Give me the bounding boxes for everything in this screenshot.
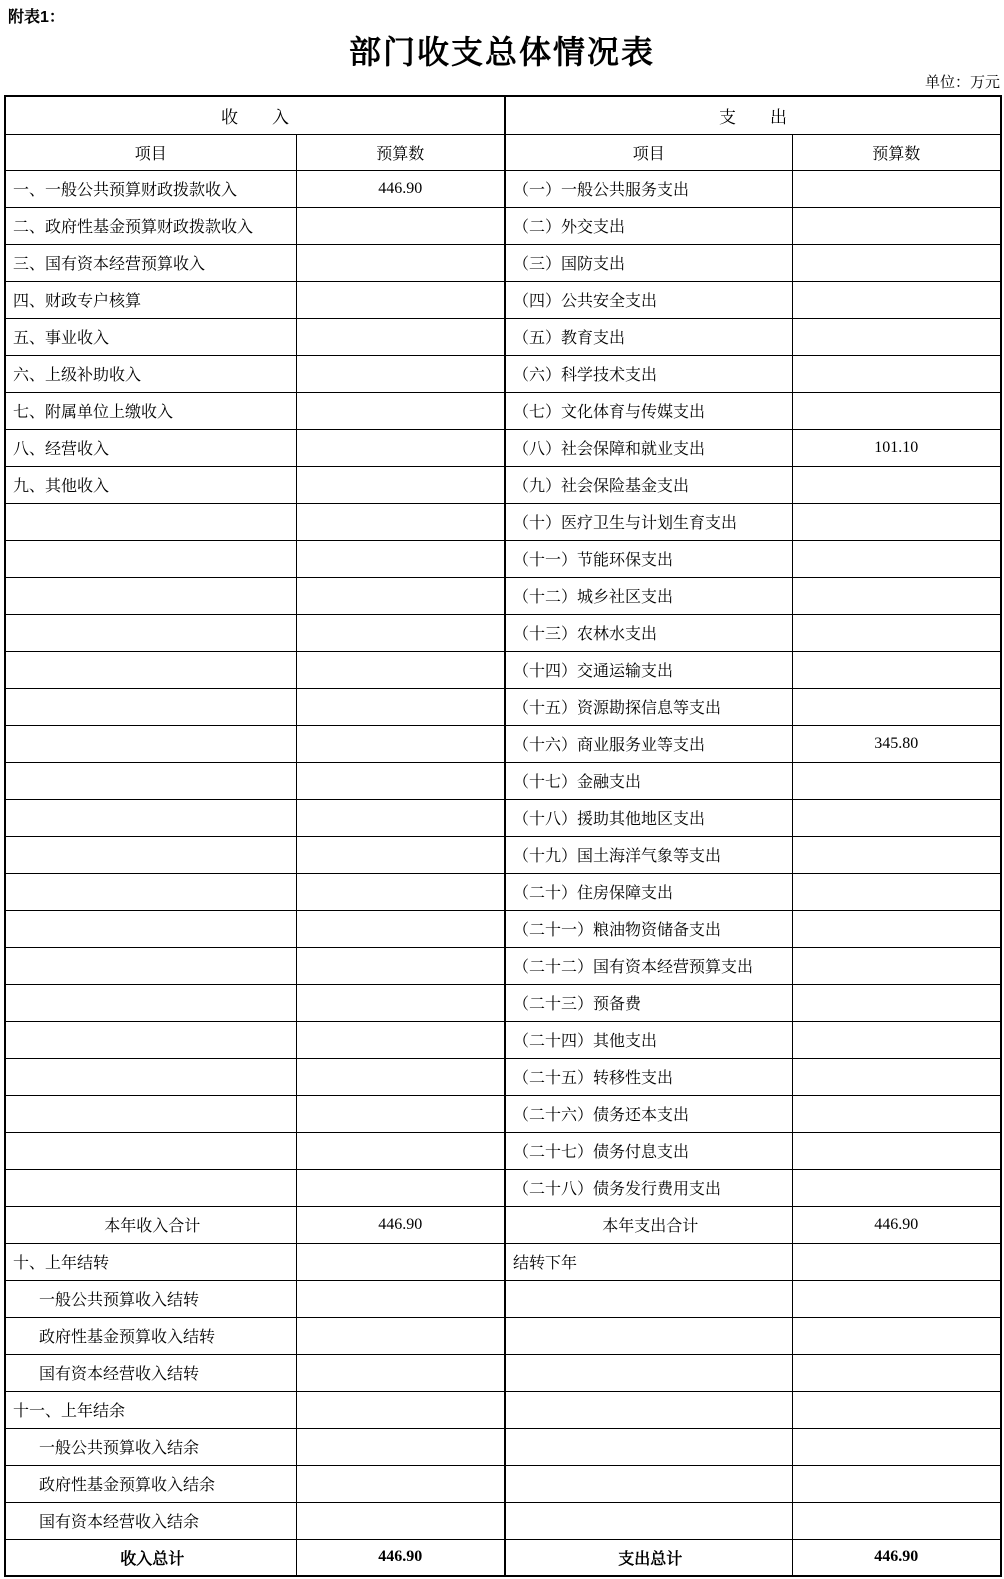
income-item-cell: 六、上级补助收入 — [5, 355, 296, 392]
expense-item-cell: （六）科学技术支出 — [505, 355, 792, 392]
expense-item-cell: （九）社会保险基金支出 — [505, 466, 792, 503]
income-budget-col-header: 预算数 — [296, 134, 505, 170]
income-budget-cell — [296, 910, 505, 947]
income-budget-cell — [296, 1354, 505, 1391]
expense-budget-cell — [792, 947, 1001, 984]
table-row: 一般公共预算收入结余 — [5, 1428, 1001, 1465]
expense-item-cell: （二十）住房保障支出 — [505, 873, 792, 910]
expense-item-cell: （四）公共安全支出 — [505, 281, 792, 318]
expense-budget-cell — [792, 873, 1001, 910]
expense-item-cell: （十八）援助其他地区支出 — [505, 799, 792, 836]
budget-table-head: 收 入 支 出 项目 预算数 项目 预算数 — [5, 96, 1001, 170]
expense-item-cell: （十五）资源勘探信息等支出 — [505, 688, 792, 725]
income-item-cell — [5, 836, 296, 873]
table-row: （十五）资源勘探信息等支出 — [5, 688, 1001, 725]
income-budget-cell — [296, 1095, 505, 1132]
income-item-cell: 四、财政专户核算 — [5, 281, 296, 318]
table-row: 本年收入合计446.90本年支出合计446.90 — [5, 1206, 1001, 1243]
income-item-cell — [5, 503, 296, 540]
income-item-cell — [5, 984, 296, 1021]
income-item-cell — [5, 762, 296, 799]
table-row: 国有资本经营收入结转 — [5, 1354, 1001, 1391]
table-row: （十三）农林水支出 — [5, 614, 1001, 651]
income-item-cell: 收入总计 — [5, 1539, 296, 1576]
income-budget-cell — [296, 1132, 505, 1169]
expense-budget-cell — [792, 1243, 1001, 1280]
income-budget-cell — [296, 762, 505, 799]
income-budget-cell — [296, 466, 505, 503]
budget-table: 收 入 支 出 项目 预算数 项目 预算数 一、一般公共预算财政拨款收入446.… — [4, 95, 1002, 1577]
expense-budget-cell: 446.90 — [792, 1539, 1001, 1576]
table-row: 十、上年结转结转下年 — [5, 1243, 1001, 1280]
expense-item-cell: （十二）城乡社区支出 — [505, 577, 792, 614]
income-item-cell: 九、其他收入 — [5, 466, 296, 503]
expense-item-cell — [505, 1428, 792, 1465]
table-row: （二十一）粮油物资储备支出 — [5, 910, 1001, 947]
expense-item-cell: （二十二）国有资本经营预算支出 — [505, 947, 792, 984]
income-budget-cell — [296, 1465, 505, 1502]
expense-budget-cell: 345.80 — [792, 725, 1001, 762]
expense-item-cell: （十一）节能环保支出 — [505, 540, 792, 577]
group-header-row: 收 入 支 出 — [5, 96, 1001, 134]
income-budget-cell — [296, 540, 505, 577]
expense-budget-cell — [792, 503, 1001, 540]
table-row: （二十）住房保障支出 — [5, 873, 1001, 910]
income-item-cell: 国有资本经营收入结余 — [5, 1502, 296, 1539]
income-item-cell: 国有资本经营收入结转 — [5, 1354, 296, 1391]
table-row: （二十八）债务发行费用支出 — [5, 1169, 1001, 1206]
income-item-cell: 本年收入合计 — [5, 1206, 296, 1243]
expense-item-cell: （三）国防支出 — [505, 244, 792, 281]
expense-budget-cell — [792, 244, 1001, 281]
income-budget-cell — [296, 984, 505, 1021]
expense-item-cell: （五）教育支出 — [505, 318, 792, 355]
expense-budget-cell — [792, 1132, 1001, 1169]
expense-item-cell — [505, 1465, 792, 1502]
expense-budget-cell — [792, 1391, 1001, 1428]
income-item-cell: 五、事业收入 — [5, 318, 296, 355]
income-item-cell: 十、上年结转 — [5, 1243, 296, 1280]
table-row: （二十五）转移性支出 — [5, 1058, 1001, 1095]
income-budget-cell — [296, 281, 505, 318]
expense-budget-cell — [792, 1280, 1001, 1317]
table-row: 一、一般公共预算财政拨款收入446.90（一）一般公共服务支出 — [5, 170, 1001, 207]
income-item-cell — [5, 614, 296, 651]
income-budget-cell — [296, 1021, 505, 1058]
income-budget-cell — [296, 244, 505, 281]
table-row: （十一）节能环保支出 — [5, 540, 1001, 577]
income-item-cell — [5, 577, 296, 614]
income-budget-cell — [296, 614, 505, 651]
income-budget-cell — [296, 207, 505, 244]
table-row: 六、上级补助收入（六）科学技术支出 — [5, 355, 1001, 392]
expense-budget-cell — [792, 1428, 1001, 1465]
expense-item-cell: （二十七）债务付息支出 — [505, 1132, 792, 1169]
income-budget-cell — [296, 799, 505, 836]
expense-budget-cell — [792, 207, 1001, 244]
column-header-row: 项目 预算数 项目 预算数 — [5, 134, 1001, 170]
income-item-cell: 二、政府性基金预算财政拨款收入 — [5, 207, 296, 244]
table-row: 一般公共预算收入结转 — [5, 1280, 1001, 1317]
income-item-cell: 一般公共预算收入结转 — [5, 1280, 296, 1317]
table-row: 十一、上年结余 — [5, 1391, 1001, 1428]
income-item-cell — [5, 725, 296, 762]
expense-budget-cell — [792, 1021, 1001, 1058]
income-budget-cell — [296, 947, 505, 984]
table-row: 五、事业收入（五）教育支出 — [5, 318, 1001, 355]
income-budget-cell — [296, 688, 505, 725]
table-row: 四、财政专户核算（四）公共安全支出 — [5, 281, 1001, 318]
table-row: 收入总计446.90支出总计446.90 — [5, 1539, 1001, 1576]
income-budget-cell: 446.90 — [296, 1206, 505, 1243]
expense-item-cell: （十）医疗卫生与计划生育支出 — [505, 503, 792, 540]
table-row: 二、政府性基金预算财政拨款收入（二）外交支出 — [5, 207, 1001, 244]
expense-item-cell: （一）一般公共服务支出 — [505, 170, 792, 207]
income-item-cell: 三、国有资本经营预算收入 — [5, 244, 296, 281]
income-item-cell — [5, 688, 296, 725]
table-row: 七、附属单位上缴收入（七）文化体育与传媒支出 — [5, 392, 1001, 429]
income-item-cell — [5, 1058, 296, 1095]
income-budget-cell — [296, 873, 505, 910]
expense-item-cell: （十九）国土海洋气象等支出 — [505, 836, 792, 873]
income-item-cell: 七、附属单位上缴收入 — [5, 392, 296, 429]
expense-item-cell — [505, 1354, 792, 1391]
expense-item-cell: （二十三）预备费 — [505, 984, 792, 1021]
table-row: 国有资本经营收入结余 — [5, 1502, 1001, 1539]
income-item-cell — [5, 1021, 296, 1058]
income-budget-cell — [296, 503, 505, 540]
expense-budget-cell — [792, 651, 1001, 688]
expense-item-cell: （十四）交通运输支出 — [505, 651, 792, 688]
expense-budget-cell — [792, 540, 1001, 577]
expense-budget-cell — [792, 318, 1001, 355]
income-item-cell — [5, 1095, 296, 1132]
income-item-cell: 一、一般公共预算财政拨款收入 — [5, 170, 296, 207]
expense-budget-cell — [792, 910, 1001, 947]
table-row: （二十四）其他支出 — [5, 1021, 1001, 1058]
expense-item-cell: 结转下年 — [505, 1243, 792, 1280]
table-row: 三、国有资本经营预算收入（三）国防支出 — [5, 244, 1001, 281]
expense-budget-cell — [792, 799, 1001, 836]
income-budget-cell — [296, 1502, 505, 1539]
expense-item-cell — [505, 1317, 792, 1354]
expense-budget-cell — [792, 1169, 1001, 1206]
unit-label: 单位：万元 — [925, 74, 1000, 92]
table-row: 政府性基金预算收入结转 — [5, 1317, 1001, 1354]
income-budget-cell — [296, 651, 505, 688]
income-item-cell — [5, 1169, 296, 1206]
expense-budget-cell — [792, 1465, 1001, 1502]
expense-budget-cell — [792, 392, 1001, 429]
expense-item-cell: （八）社会保障和就业支出 — [505, 429, 792, 466]
income-budget-cell — [296, 725, 505, 762]
expense-item-cell: （二十五）转移性支出 — [505, 1058, 792, 1095]
expense-budget-cell — [792, 836, 1001, 873]
expense-item-cell: （七）文化体育与传媒支出 — [505, 392, 792, 429]
expense-item-cell: 支出总计 — [505, 1539, 792, 1576]
income-item-cell — [5, 910, 296, 947]
expense-item-cell — [505, 1502, 792, 1539]
expense-item-cell: （十七）金融支出 — [505, 762, 792, 799]
expense-item-cell: （十三）农林水支出 — [505, 614, 792, 651]
expense-budget-cell — [792, 762, 1001, 799]
income-item-cell: 八、经营收入 — [5, 429, 296, 466]
income-group-header: 收 入 — [5, 96, 505, 134]
income-budget-cell — [296, 429, 505, 466]
table-row: （十）医疗卫生与计划生育支出 — [5, 503, 1001, 540]
table-row: （十四）交通运输支出 — [5, 651, 1001, 688]
table-row: 九、其他收入（九）社会保险基金支出 — [5, 466, 1001, 503]
page-title: 部门收支总体情况表 — [0, 34, 1004, 70]
table-row: （十七）金融支出 — [5, 762, 1001, 799]
expense-budget-cell — [792, 1317, 1001, 1354]
income-item-col-header: 项目 — [5, 134, 296, 170]
expense-item-cell: （二十四）其他支出 — [505, 1021, 792, 1058]
expense-item-cell: （二）外交支出 — [505, 207, 792, 244]
expense-group-header: 支 出 — [505, 96, 1001, 134]
income-budget-cell — [296, 1243, 505, 1280]
expense-item-cell — [505, 1391, 792, 1428]
expense-budget-cell — [792, 1095, 1001, 1132]
table-row: （二十三）预备费 — [5, 984, 1001, 1021]
income-budget-cell — [296, 392, 505, 429]
income-budget-cell — [296, 1428, 505, 1465]
income-budget-cell — [296, 1280, 505, 1317]
income-budget-cell — [296, 1169, 505, 1206]
income-budget-cell: 446.90 — [296, 170, 505, 207]
income-item-cell — [5, 651, 296, 688]
expense-item-cell: （二十一）粮油物资储备支出 — [505, 910, 792, 947]
expense-budget-cell — [792, 1058, 1001, 1095]
income-budget-cell — [296, 1058, 505, 1095]
income-budget-cell — [296, 1317, 505, 1354]
income-budget-cell — [296, 355, 505, 392]
income-item-cell — [5, 947, 296, 984]
expense-budget-cell — [792, 170, 1001, 207]
expense-item-col-header: 项目 — [505, 134, 792, 170]
income-item-cell — [5, 1132, 296, 1169]
income-item-cell — [5, 799, 296, 836]
table-row: （十九）国土海洋气象等支出 — [5, 836, 1001, 873]
income-budget-cell — [296, 318, 505, 355]
expense-item-cell: 本年支出合计 — [505, 1206, 792, 1243]
table-row: （二十七）债务付息支出 — [5, 1132, 1001, 1169]
table-row: （十八）援助其他地区支出 — [5, 799, 1001, 836]
income-item-cell — [5, 873, 296, 910]
expense-budget-cell — [792, 281, 1001, 318]
expense-budget-cell — [792, 577, 1001, 614]
document-page: 附表1： 部门收支总体情况表 单位：万元 收 入 支 出 项目 预算数 项目 预… — [0, 0, 1004, 1579]
table-row: 八、经营收入（八）社会保障和就业支出101.10 — [5, 429, 1001, 466]
expense-budget-cell: 101.10 — [792, 429, 1001, 466]
income-item-cell: 政府性基金预算收入结余 — [5, 1465, 296, 1502]
income-item-cell: 十一、上年结余 — [5, 1391, 296, 1428]
income-budget-cell — [296, 836, 505, 873]
expense-budget-cell — [792, 614, 1001, 651]
expense-item-cell: （二十六）债务还本支出 — [505, 1095, 792, 1132]
income-budget-cell: 446.90 — [296, 1539, 505, 1576]
expense-item-cell: （十六）商业服务业等支出 — [505, 725, 792, 762]
table-row: （十六）商业服务业等支出345.80 — [5, 725, 1001, 762]
expense-budget-cell: 446.90 — [792, 1206, 1001, 1243]
expense-item-cell: （二十八）债务发行费用支出 — [505, 1169, 792, 1206]
table-row: （十二）城乡社区支出 — [5, 577, 1001, 614]
income-item-cell: 一般公共预算收入结余 — [5, 1428, 296, 1465]
expense-budget-cell — [792, 466, 1001, 503]
income-budget-cell — [296, 1391, 505, 1428]
income-item-cell: 政府性基金预算收入结转 — [5, 1317, 296, 1354]
expense-budget-cell — [792, 688, 1001, 725]
table-row: 政府性基金预算收入结余 — [5, 1465, 1001, 1502]
expense-budget-col-header: 预算数 — [792, 134, 1001, 170]
expense-budget-cell — [792, 1502, 1001, 1539]
budget-table-body: 一、一般公共预算财政拨款收入446.90（一）一般公共服务支出二、政府性基金预算… — [5, 170, 1001, 1576]
table-row: （二十二）国有资本经营预算支出 — [5, 947, 1001, 984]
income-budget-cell — [296, 577, 505, 614]
attachment-note: 附表1： — [8, 8, 65, 28]
expense-item-cell — [505, 1280, 792, 1317]
expense-budget-cell — [792, 355, 1001, 392]
income-item-cell — [5, 540, 296, 577]
expense-budget-cell — [792, 1354, 1001, 1391]
expense-budget-cell — [792, 984, 1001, 1021]
table-row: （二十六）债务还本支出 — [5, 1095, 1001, 1132]
